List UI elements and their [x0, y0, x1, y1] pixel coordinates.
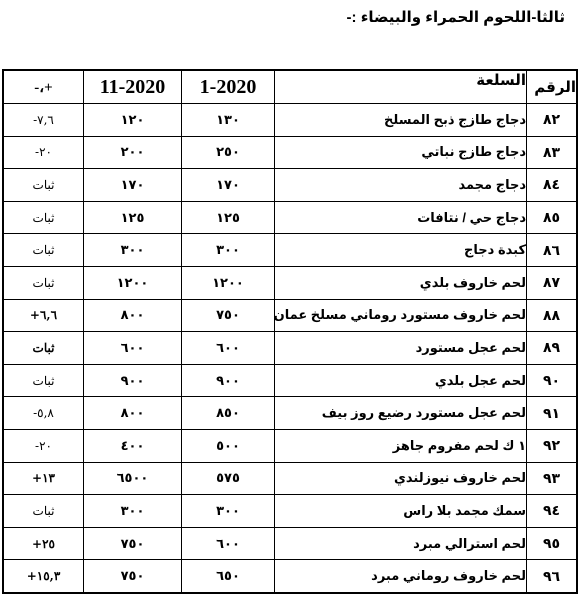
header-number: الرقم — [527, 70, 578, 104]
row-nov-2020: ١٢٠ — [84, 104, 182, 137]
row-number: ٨٢ — [527, 104, 578, 137]
row-jan-2020: ٥٠٠ — [182, 429, 275, 462]
row-item: كبدة دجاج — [275, 234, 527, 267]
row-number: ٨٣ — [527, 136, 578, 169]
row-number: ٩٦ — [527, 560, 578, 593]
row-jan-2020: ٣٠٠ — [182, 495, 275, 528]
table-row: ٨٩لحم عجل مستورد٦٠٠٦٠٠ثبات — [3, 332, 577, 365]
row-nov-2020: ٣٠٠ — [84, 495, 182, 528]
header-change: +،- — [3, 70, 84, 104]
row-change: ثبات — [3, 201, 84, 234]
row-number: ٨٧ — [527, 266, 578, 299]
row-number: ٩٣ — [527, 462, 578, 495]
table-row: ٩١لحم عجل مستورد رضيع روز بيف٨٥٠٨٠٠-٥,٨ — [3, 397, 577, 430]
row-item: دجاج طازج ذبح المسلخ — [275, 104, 527, 137]
row-number: ٨٦ — [527, 234, 578, 267]
table-row: ٩٢١ ك لحم مفروم جاهز٥٠٠٤٠٠-٢٠ — [3, 429, 577, 462]
row-nov-2020: ٤٠٠ — [84, 429, 182, 462]
row-number: ٩٢ — [527, 429, 578, 462]
row-jan-2020: ٨٥٠ — [182, 397, 275, 430]
row-change: +١٥,٣ — [3, 560, 84, 593]
row-nov-2020: ٢٠٠ — [84, 136, 182, 169]
table-row: ٩٠لحم عجل بلدي٩٠٠٩٠٠ثبات — [3, 364, 577, 397]
table-row: ٨٣دجاج طازج نباتي٢٥٠٢٠٠-٢٠ — [3, 136, 577, 169]
row-change: -٢٠ — [3, 429, 84, 462]
row-nov-2020: ١٢٥ — [84, 201, 182, 234]
row-change: ثبات — [3, 169, 84, 202]
row-jan-2020: ٧٥٠ — [182, 299, 275, 332]
row-number: ٨٥ — [527, 201, 578, 234]
table-row: ٩٥لحم استرالي مبرد٦٠٠٧٥٠+٢٥ — [3, 527, 577, 560]
row-change: +٦,٦ — [3, 299, 84, 332]
row-number: ٨٩ — [527, 332, 578, 365]
price-table: الرقم السلعة 1-2020 11-2020 +،- ٨٢دجاج ط… — [2, 69, 578, 594]
row-item: دجاج مجمد — [275, 169, 527, 202]
header-item: السلعة — [275, 70, 527, 104]
table-row: ٨٥دجاج حي / نتافات١٢٥١٢٥ثبات — [3, 201, 577, 234]
row-jan-2020: ٩٠٠ — [182, 364, 275, 397]
row-change: ثبات — [3, 332, 84, 365]
row-item: لحم خاروف نيوزلندي — [275, 462, 527, 495]
row-jan-2020: ١٢٥ — [182, 201, 275, 234]
row-jan-2020: ٥٧٥ — [182, 462, 275, 495]
row-number: ٨٨ — [527, 299, 578, 332]
table-row: ٨٢دجاج طازج ذبح المسلخ١٣٠١٢٠-٧,٦ — [3, 104, 577, 137]
row-number: ٩٤ — [527, 495, 578, 528]
row-change: ثبات — [3, 266, 84, 299]
table-row: ٩٤سمك مجمد بلا راس٣٠٠٣٠٠ثبات — [3, 495, 577, 528]
row-number: ٨٤ — [527, 169, 578, 202]
header-nov-2020: 11-2020 — [84, 70, 182, 104]
table-row: ٩٦لحم خاروف روماني مبرد٦٥٠٧٥٠+١٥,٣ — [3, 560, 577, 593]
row-nov-2020: ٧٥٠ — [84, 527, 182, 560]
table-header-row: الرقم السلعة 1-2020 11-2020 +،- — [3, 70, 577, 104]
row-jan-2020: ١٣٠ — [182, 104, 275, 137]
row-change: +١٣ — [3, 462, 84, 495]
row-change: -٢٠ — [3, 136, 84, 169]
table-row: ٨٦كبدة دجاج٣٠٠٣٠٠ثبات — [3, 234, 577, 267]
row-nov-2020: ٨٠٠ — [84, 299, 182, 332]
row-nov-2020: ٩٠٠ — [84, 364, 182, 397]
row-nov-2020: ٨٠٠ — [84, 397, 182, 430]
row-jan-2020: ٦٠٠ — [182, 527, 275, 560]
row-item: لحم استرالي مبرد — [275, 527, 527, 560]
row-item: لحم عجل مستورد رضيع روز بيف — [275, 397, 527, 430]
row-item: لحم عجل بلدي — [275, 364, 527, 397]
row-jan-2020: ٢٥٠ — [182, 136, 275, 169]
row-change: ثبات — [3, 234, 84, 267]
header-jan-2020: 1-2020 — [182, 70, 275, 104]
section-heading: ثالثا-اللحوم الحمراء والبيضاء :- — [347, 8, 565, 26]
row-item: ١ ك لحم مفروم جاهز — [275, 429, 527, 462]
row-item: دجاج حي / نتافات — [275, 201, 527, 234]
row-change: ثبات — [3, 495, 84, 528]
row-number: ٩١ — [527, 397, 578, 430]
row-nov-2020: ١٧٠ — [84, 169, 182, 202]
table-row: ٨٨لحم خاروف مستورد روماني مسلخ عمان٧٥٠٨٠… — [3, 299, 577, 332]
table-row: ٨٤دجاج مجمد١٧٠١٧٠ثبات — [3, 169, 577, 202]
row-nov-2020: ١٢٠٠ — [84, 266, 182, 299]
row-item: دجاج طازج نباتي — [275, 136, 527, 169]
table-row: ٨٧لحم خاروف بلدي١٢٠٠١٢٠٠ثبات — [3, 266, 577, 299]
row-item: لحم خاروف بلدي — [275, 266, 527, 299]
row-number: ٩٥ — [527, 527, 578, 560]
row-change: -٥,٨ — [3, 397, 84, 430]
row-item: سمك مجمد بلا راس — [275, 495, 527, 528]
row-nov-2020: ٦٠٠ — [84, 332, 182, 365]
table-row: ٩٣لحم خاروف نيوزلندي٥٧٥٦٥٠٠+١٣ — [3, 462, 577, 495]
row-item: لحم خاروف مستورد روماني مسلخ عمان — [275, 299, 527, 332]
row-number: ٩٠ — [527, 364, 578, 397]
row-jan-2020: ١٧٠ — [182, 169, 275, 202]
row-item: لحم خاروف روماني مبرد — [275, 560, 527, 593]
row-jan-2020: ١٢٠٠ — [182, 266, 275, 299]
row-item: لحم عجل مستورد — [275, 332, 527, 365]
row-change: +٢٥ — [3, 527, 84, 560]
row-jan-2020: ٦٥٠ — [182, 560, 275, 593]
row-nov-2020: ٦٥٠٠ — [84, 462, 182, 495]
row-change: ثبات — [3, 364, 84, 397]
row-jan-2020: ٣٠٠ — [182, 234, 275, 267]
row-nov-2020: ٣٠٠ — [84, 234, 182, 267]
row-change: -٧,٦ — [3, 104, 84, 137]
row-jan-2020: ٦٠٠ — [182, 332, 275, 365]
row-nov-2020: ٧٥٠ — [84, 560, 182, 593]
